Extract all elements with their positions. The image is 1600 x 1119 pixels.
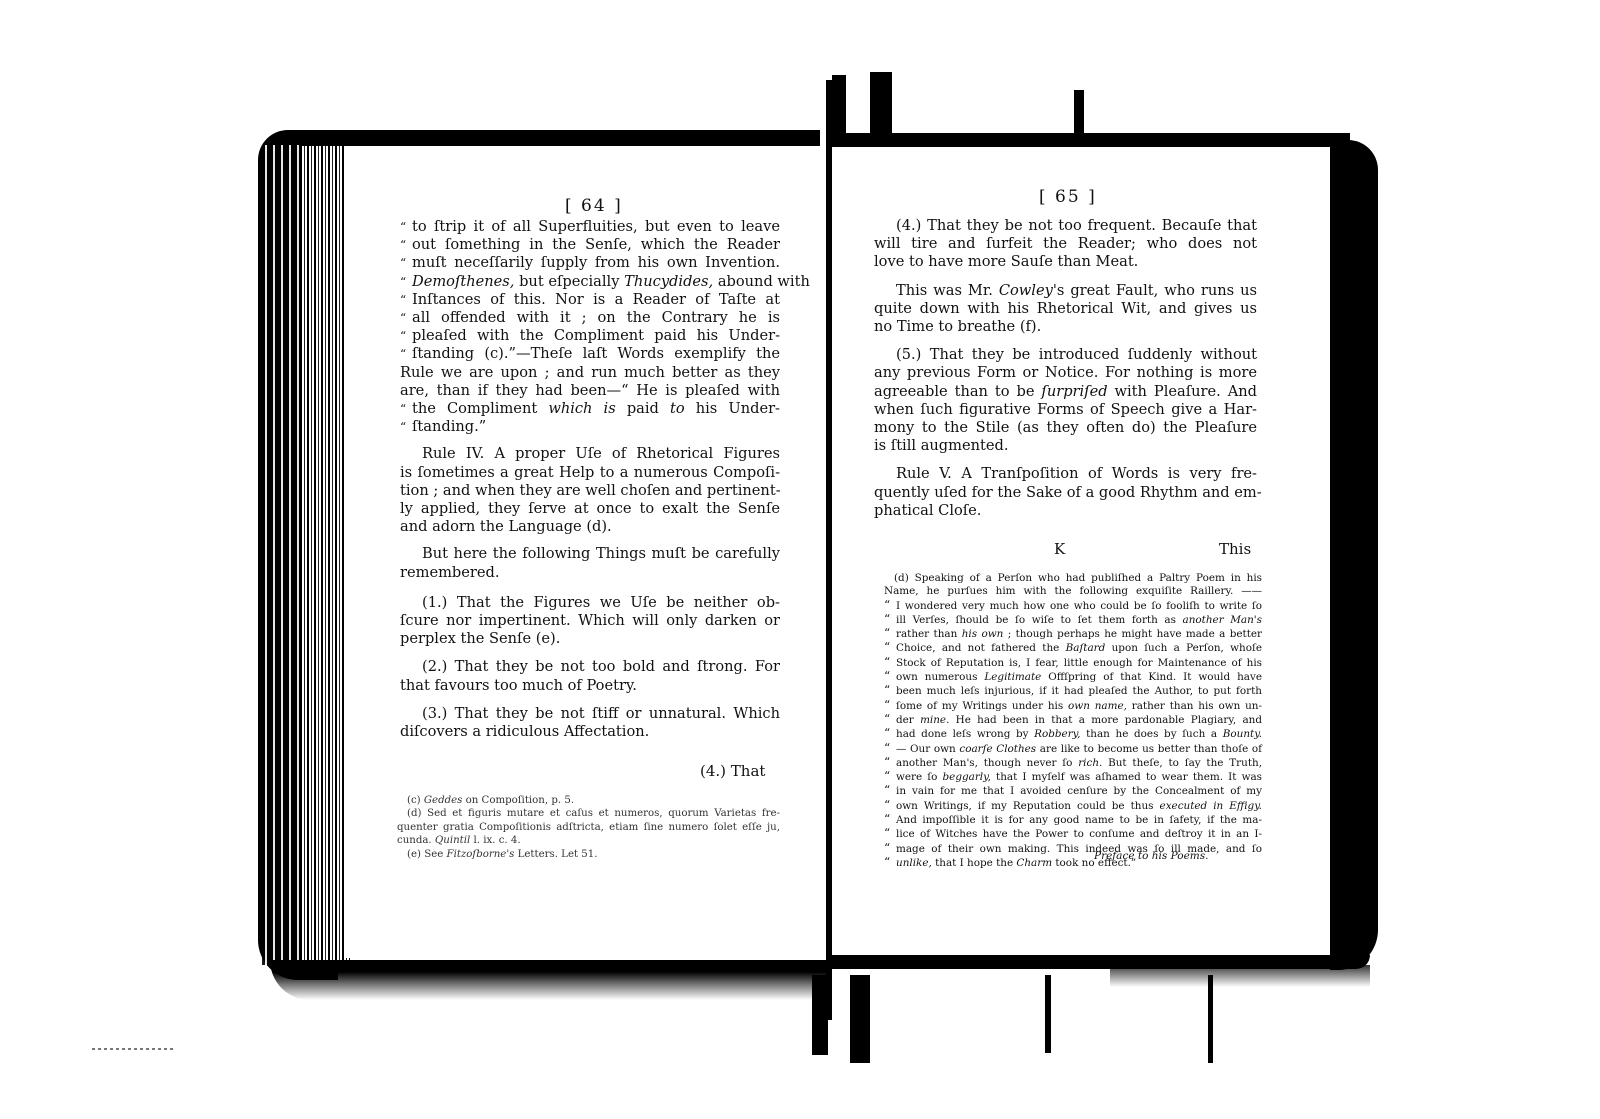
text-line: and adorn the Language (d). bbox=[400, 518, 780, 536]
text-line: are, than if they had been—“ He is pleaſ… bbox=[400, 382, 780, 400]
text-line: love to have more Sauſe than Meat. bbox=[874, 253, 1257, 271]
left-page-stack bbox=[300, 140, 350, 970]
book-gutter bbox=[826, 80, 832, 1020]
text-line: Rule IV. A proper Uſe of Rhetorical Figu… bbox=[400, 445, 780, 463]
paragraph-rule-iv: Rule IV. A proper Uſe of Rhetorical Figu… bbox=[400, 445, 780, 536]
right-bottom-shadow bbox=[1110, 965, 1370, 987]
footnote-line: “der mine. He had been in that a more pa… bbox=[884, 713, 1262, 727]
text-line: perplex the Senſe (e). bbox=[400, 630, 780, 648]
text-line: “to ſtrip it of all Superfluities, but e… bbox=[400, 218, 780, 236]
footnote-line: “been much leſs injurious, if it had ple… bbox=[884, 684, 1262, 698]
text-line: quently uſed for the Sake of a good Rhyt… bbox=[874, 484, 1257, 502]
footnote-line: “— Our own coarſe Clothes are like to be… bbox=[884, 742, 1262, 756]
text-line: quite down with his Rhetorical Wit, and … bbox=[874, 300, 1257, 318]
text-line: phatical Cloſe. bbox=[874, 502, 1257, 520]
text-line: “muſt neceſſarily ſupply from his own In… bbox=[400, 254, 780, 272]
text-line: any previous Form or Notice. For nothing… bbox=[874, 364, 1257, 382]
text-line: Rule V. A Tranſpoſition of Words is very… bbox=[874, 465, 1257, 483]
text-line: (3.) That they be not ſtiff or unnatural… bbox=[400, 705, 780, 723]
footnote-line: “Choice, and not fathered the Baſtard up… bbox=[884, 641, 1262, 655]
footnote-d: (d) Sed et figuris mutare et caſus et nu… bbox=[397, 807, 780, 820]
footnote-d-cont: cunda. Quintil l. ix. c. 4. bbox=[397, 834, 780, 847]
footnote-line: “And impoſſible it is for any good name … bbox=[884, 813, 1262, 827]
text-line: when ſuch figurative Forms of Speech giv… bbox=[874, 401, 1257, 419]
text-line: “the Compliment which is paid to his Und… bbox=[400, 400, 780, 418]
footnote-line: “own numerous Legitimate Offſpring of th… bbox=[884, 670, 1262, 684]
text-line: will tire and ſurfeit the Reader; who do… bbox=[874, 235, 1257, 253]
footnote-line: “another Man's, though never ſo rich. Bu… bbox=[884, 756, 1262, 770]
text-line: is ſtill augmented. bbox=[874, 437, 1257, 455]
list-item: (4.) That they be not too frequent. Beca… bbox=[874, 217, 1257, 272]
text-line: But here the following Things muſt be ca… bbox=[400, 545, 780, 563]
right-top-edge bbox=[830, 133, 1350, 147]
text-line: is ſometimes a great Help to a numerous … bbox=[400, 464, 780, 482]
footnote-e: (e) See Fitzoſborne's Letters. Let 51. bbox=[397, 848, 780, 861]
right-cover-edge bbox=[1330, 140, 1378, 970]
text-line: agreeable than to be ſurpriſed with Plea… bbox=[874, 383, 1257, 401]
footnote-line: Name, he purſues him with the following … bbox=[884, 585, 1262, 598]
paragraph: But here the following Things muſt be ca… bbox=[400, 545, 780, 581]
text-line: (2.) That they be not too bold and ſtron… bbox=[400, 658, 780, 676]
catchword: (4.) That bbox=[700, 762, 765, 780]
scan-artifact bbox=[92, 1048, 176, 1050]
page-number: [ 65 ] bbox=[1039, 187, 1097, 207]
text-line: tion ; and when they are well choſen and… bbox=[400, 482, 780, 500]
footnote-c: (c) Geddes on Compoſition, p. 5. bbox=[397, 794, 780, 807]
left-top-edge bbox=[300, 130, 820, 146]
text-line: ſcure nor impertinent. Which will only d… bbox=[400, 612, 780, 630]
text-line: mony to the Stile (as they often do) the… bbox=[874, 419, 1257, 437]
footnote-line: “ill Verſes, ſhould be ſo wiſe to ſet th… bbox=[884, 613, 1262, 627]
text-line: “Demoſthenes, but eſpecially Thucydides,… bbox=[400, 273, 780, 291]
footnote-d: (d) Speaking of a Perſon who had publiſh… bbox=[884, 572, 1262, 585]
footnote-line: “I wondered very much how one who could … bbox=[884, 599, 1262, 613]
text-line: that favours too much of Poetry. bbox=[400, 677, 780, 695]
paragraph: “to ſtrip it of all Superfluities, but e… bbox=[400, 218, 780, 436]
text-line: (4.) That they be not too frequent. Beca… bbox=[874, 217, 1257, 235]
text-line: “pleaſed with the Compliment paid his Un… bbox=[400, 327, 780, 345]
page-number: [ 64 ] bbox=[565, 196, 623, 216]
right-body-text: (4.) That they be not too frequent. Beca… bbox=[874, 217, 1257, 527]
footnote-line: “in vain for me that I avoided cenſure b… bbox=[884, 784, 1262, 798]
gutter-tab bbox=[1208, 975, 1213, 1063]
left-bottom-shadow bbox=[270, 960, 830, 1000]
text-line: “Inſtances of this. Nor is a Reader of T… bbox=[400, 291, 780, 309]
list-item: (1.) That the Figures we Uſe be neither … bbox=[400, 594, 780, 649]
text-line: “ſtanding (c).”—Theſe laſt Words exempli… bbox=[400, 345, 780, 363]
text-line: “all offended with it ; on the Contrary … bbox=[400, 309, 780, 327]
left-footnotes: (c) Geddes on Compoſition, p. 5. (d) Sed… bbox=[397, 794, 780, 861]
gutter-tab bbox=[870, 72, 892, 147]
gutter-tab bbox=[812, 975, 828, 1055]
text-line: no Time to breathe (f). bbox=[874, 318, 1257, 336]
footnote-line: “own Writings, if my Reputation could be… bbox=[884, 799, 1262, 813]
gutter-tab bbox=[1045, 975, 1051, 1053]
list-item: (3.) That they be not ſtiff or unnatural… bbox=[400, 705, 780, 741]
left-page: [ 64 ] “to ſtrip it of all Superfluities… bbox=[345, 146, 823, 958]
footnote-line: “lice of Witches have the Power to conſu… bbox=[884, 827, 1262, 841]
text-line: “out ſomething in the Senſe, which the R… bbox=[400, 236, 780, 254]
catchword: This bbox=[1219, 540, 1251, 558]
gutter-tab bbox=[832, 75, 846, 147]
gutter-tab bbox=[850, 975, 870, 1063]
list-item: (5.) That they be introduced ſuddenly wi… bbox=[874, 346, 1257, 455]
text-line: “ſtanding.” bbox=[400, 418, 780, 436]
list-item: (2.) That they be not too bold and ſtron… bbox=[400, 658, 780, 694]
text-line: (5.) That they be introduced ſuddenly wi… bbox=[874, 346, 1257, 364]
text-line: diſcovers a ridiculous Affectation. bbox=[400, 723, 780, 741]
footnote-line: “Stock of Reputation is, I fear, little … bbox=[884, 656, 1262, 670]
right-footnotes: (d) Speaking of a Perſon who had publiſh… bbox=[884, 572, 1262, 870]
footnote-source: Preface to his Poems. bbox=[1094, 850, 1208, 862]
text-line: (1.) That the Figures we Uſe be neither … bbox=[400, 594, 780, 612]
paragraph: This was Mr. Cowley's great Fault, who r… bbox=[874, 282, 1257, 337]
paragraph-rule-v: Rule V. A Tranſpoſition of Words is very… bbox=[874, 465, 1257, 520]
gutter-tab bbox=[1074, 90, 1084, 145]
text-line: remembered. bbox=[400, 564, 780, 582]
left-body-text: “to ſtrip it of all Superfluities, but e… bbox=[400, 218, 780, 748]
text-line: This was Mr. Cowley's great Fault, who r… bbox=[874, 282, 1257, 300]
footnote-line: “were ſo beggarly, that I myſelf was aſh… bbox=[884, 770, 1262, 784]
text-line: Rule we are upon ; and run much better a… bbox=[400, 364, 780, 382]
right-page: [ 65 ] (4.) That they be not too frequen… bbox=[834, 147, 1330, 955]
signature-mark: K bbox=[1054, 540, 1065, 558]
footnote-line: “rather than his own ; though perhaps he… bbox=[884, 627, 1262, 641]
footnote-line: “had done leſs wrong by Robbery, than he… bbox=[884, 727, 1262, 741]
footnote-line: “ſome of my Writings under his own name,… bbox=[884, 699, 1262, 713]
footnote-d-cont: quenter gratia Compoſitionis adſtricta, … bbox=[397, 821, 780, 834]
left-binding-texture bbox=[262, 145, 302, 965]
text-line: ly applied, they ſerve at once to exalt … bbox=[400, 500, 780, 518]
